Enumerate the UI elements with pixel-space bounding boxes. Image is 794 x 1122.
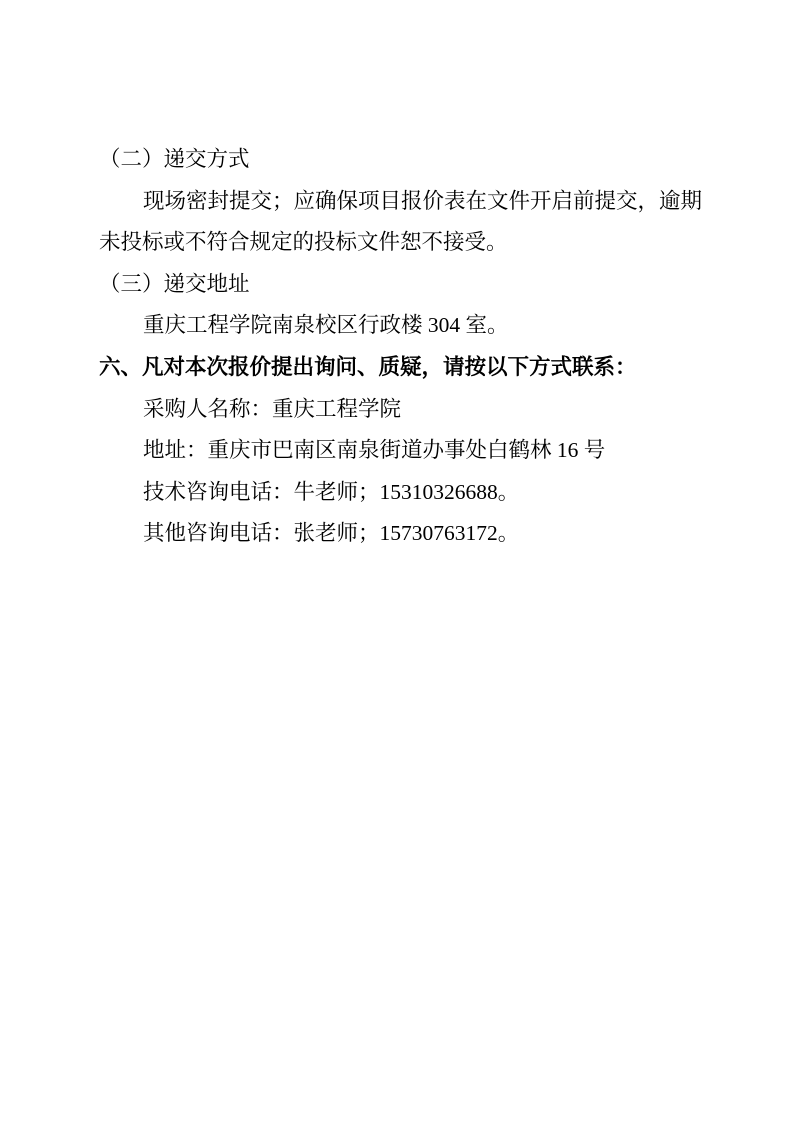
section-2-body-line-2: 未投标或不符合规定的投标文件恕不接受。 [99, 222, 706, 264]
document-content: （二）递交方式 现场密封提交；应确保项目报价表在文件开启前提交，逾期 未投标或不… [99, 139, 706, 555]
section-2-heading: （二）递交方式 [99, 139, 706, 181]
contact-other-phone: 其他咨询电话：张老师；15730763172。 [99, 513, 706, 555]
section-2-body-line-1: 现场密封提交；应确保项目报价表在文件开启前提交，逾期 [99, 181, 706, 223]
contact-purchaser-name: 采购人名称：重庆工程学院 [99, 389, 706, 431]
contact-tech-phone: 技术咨询电话：牛老师；15310326688。 [99, 472, 706, 514]
document-page: （二）递交方式 现场密封提交；应确保项目报价表在文件开启前提交，逾期 未投标或不… [0, 0, 794, 1122]
contact-address: 地址：重庆市巴南区南泉街道办事处白鹤林 16 号 [99, 430, 706, 472]
section-6-heading: 六、凡对本次报价提出询问、质疑，请按以下方式联系： [99, 347, 706, 389]
section-3-body: 重庆工程学院南泉校区行政楼 304 室。 [99, 305, 706, 347]
section-3-heading: （三）递交地址 [99, 264, 706, 306]
